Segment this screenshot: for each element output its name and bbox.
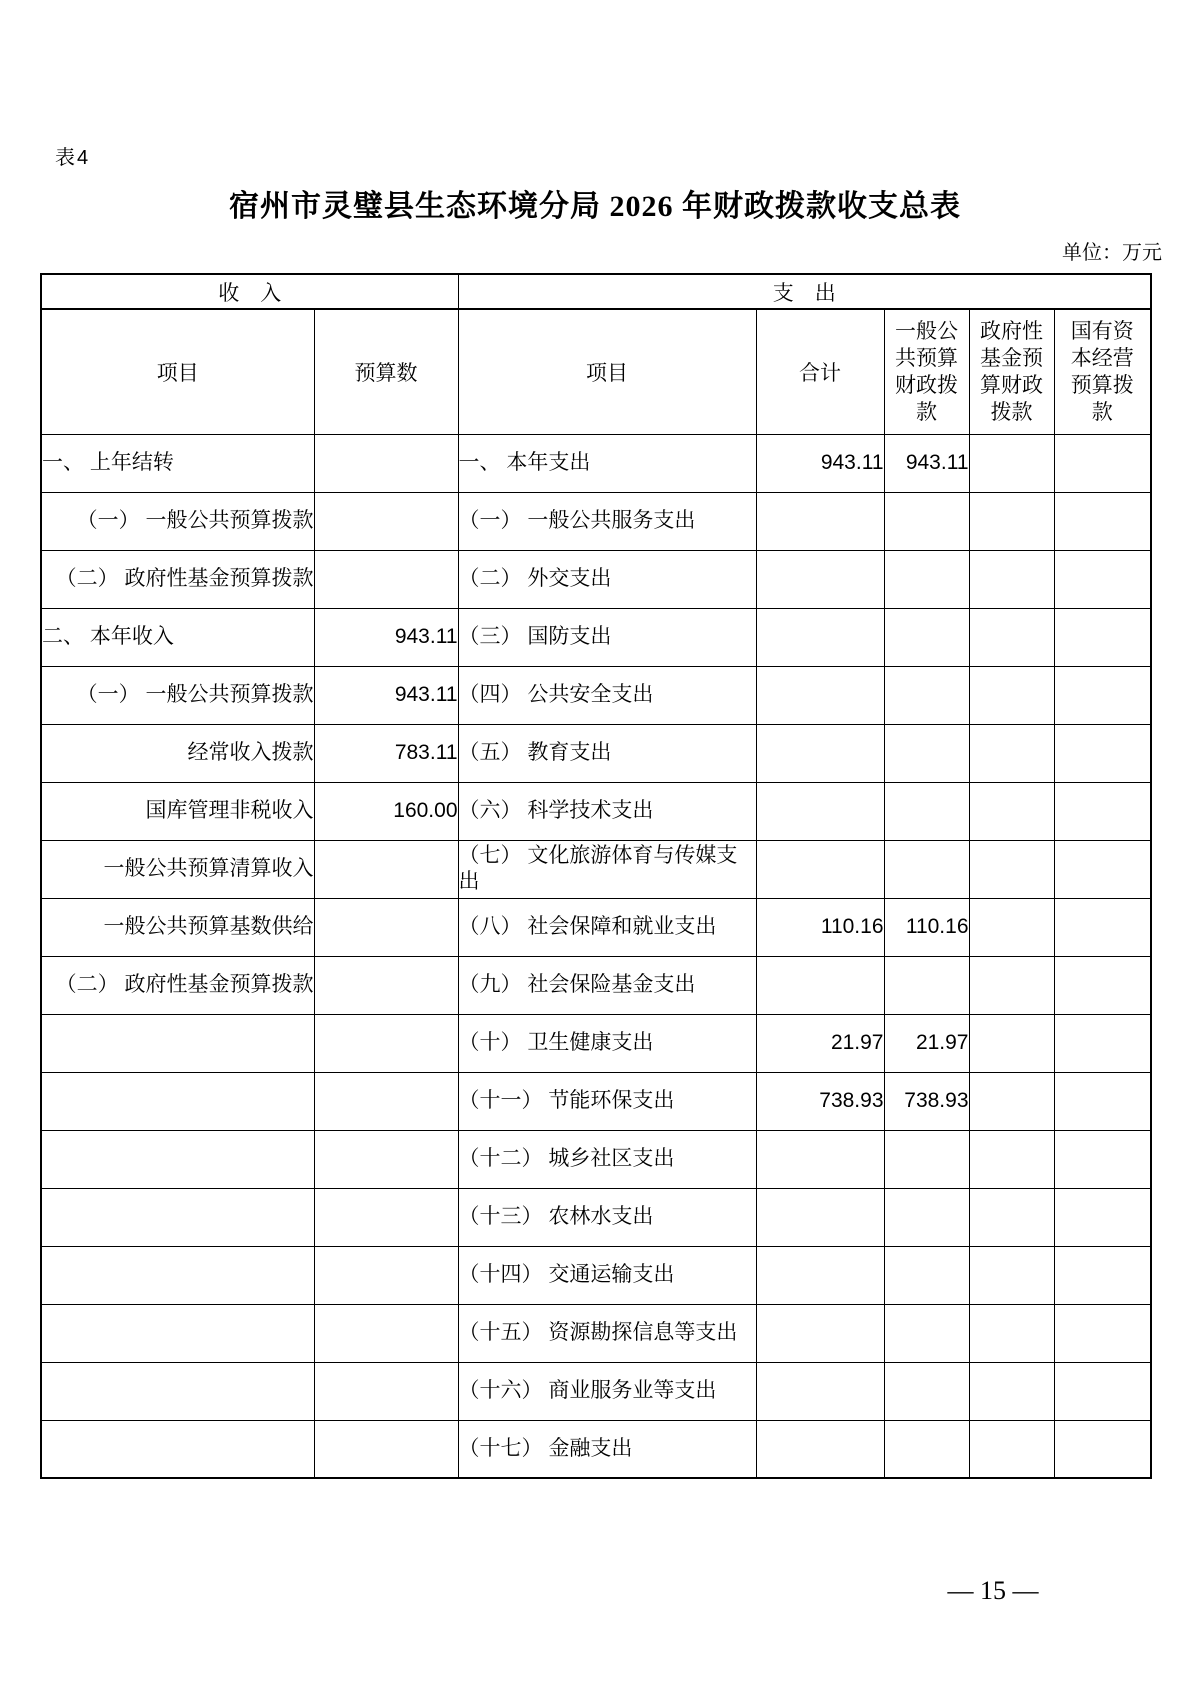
gov-fund-budget-cell <box>969 1304 1054 1362</box>
revenue-section-header: 收 入 <box>41 274 458 309</box>
table-number-label: 表4 <box>55 141 90 170</box>
section-header-row: 收 入 支 出 <box>41 274 1151 309</box>
revenue-item-cell <box>41 1246 314 1304</box>
revenue-item-cell: 一般公共预算基数供给 <box>41 898 314 956</box>
gov-fund-budget-cell <box>969 1130 1054 1188</box>
general-public-budget-cell <box>884 550 969 608</box>
revenue-item-cell: （二） 政府性基金预算拨款 <box>41 956 314 1014</box>
revenue-item-cell: （一） 一般公共预算拨款 <box>41 666 314 724</box>
revenue-budget-cell: 160.00 <box>314 782 458 840</box>
gov-fund-budget-cell <box>969 608 1054 666</box>
gov-fund-budget-cell <box>969 782 1054 840</box>
table-row: （一） 一般公共预算拨款（一） 一般公共服务支出 <box>41 492 1151 550</box>
state-capital-budget-cell <box>1054 1188 1151 1246</box>
revenue-item-cell: 国库管理非税收入 <box>41 782 314 840</box>
revenue-budget-cell <box>314 956 458 1014</box>
gov-fund-budget-cell <box>969 1188 1054 1246</box>
gov-fund-budget-cell <box>969 492 1054 550</box>
state-capital-budget-cell <box>1054 840 1151 898</box>
revenue-item-cell <box>41 1130 314 1188</box>
revenue-item-cell: 经常收入拨款 <box>41 724 314 782</box>
table-row: 一、 上年结转一、 本年支出943.11943.11 <box>41 434 1151 492</box>
revenue-item-cell: （二） 政府性基金预算拨款 <box>41 550 314 608</box>
gov-fund-budget-cell <box>969 956 1054 1014</box>
expenditure-total-cell <box>756 550 884 608</box>
gov-fund-budget-cell <box>969 666 1054 724</box>
expenditure-item-cell: （十七） 金融支出 <box>458 1420 756 1478</box>
state-capital-budget-cell <box>1054 550 1151 608</box>
expenditure-total-cell <box>756 1420 884 1478</box>
expenditure-item-cell: （九） 社会保险基金支出 <box>458 956 756 1014</box>
general-public-budget-cell <box>884 956 969 1014</box>
expenditure-total-cell <box>756 724 884 782</box>
gov-fund-budget-cell <box>969 724 1054 782</box>
expenditure-total-cell: 21.97 <box>756 1014 884 1072</box>
table-row: （十一） 节能环保支出738.93738.93 <box>41 1072 1151 1130</box>
state-capital-budget-cell <box>1054 1014 1151 1072</box>
state-capital-budget-cell <box>1054 1072 1151 1130</box>
expenditure-total-cell <box>756 666 884 724</box>
state-capital-budget-cell <box>1054 724 1151 782</box>
general-public-budget-cell <box>884 608 969 666</box>
state-capital-budget-cell <box>1054 608 1151 666</box>
revenue-budget-cell <box>314 1362 458 1420</box>
revenue-item-cell: 一、 上年结转 <box>41 434 314 492</box>
column-header-state-capital-budget: 国有资 本经营 预算拨 款 <box>1054 309 1151 434</box>
table-row: 一般公共预算清算收入（七） 文化旅游体育与传媒支出 <box>41 840 1151 898</box>
page-title-suffix: 年财政拨款收支总表 <box>682 190 961 223</box>
general-public-budget-cell <box>884 1188 969 1246</box>
page-number: — 15 — <box>928 1576 1058 1606</box>
gov-fund-budget-cell <box>969 1014 1054 1072</box>
gov-fund-budget-cell <box>969 1246 1054 1304</box>
table-row: （十五） 资源勘探信息等支出 <box>41 1304 1151 1362</box>
expenditure-total-cell <box>756 492 884 550</box>
expenditure-item-cell: 一、 本年支出 <box>458 434 756 492</box>
gov-fund-budget-cell <box>969 840 1054 898</box>
revenue-item-cell <box>41 1072 314 1130</box>
revenue-budget-cell <box>314 1246 458 1304</box>
table-row: （二） 政府性基金预算拨款（二） 外交支出 <box>41 550 1151 608</box>
general-public-budget-cell <box>884 840 969 898</box>
revenue-budget-cell <box>314 840 458 898</box>
document-page: 表4 宿州市灵璧县生态环境分局 2026 年财政拨款收支总表 单位：万元 收 入… <box>0 0 1190 1683</box>
general-public-budget-cell <box>884 782 969 840</box>
general-public-budget-cell <box>884 1246 969 1304</box>
expenditure-item-cell: （十六） 商业服务业等支出 <box>458 1362 756 1420</box>
state-capital-budget-cell <box>1054 956 1151 1014</box>
general-public-budget-cell: 943.11 <box>884 434 969 492</box>
expenditure-item-cell: （三） 国防支出 <box>458 608 756 666</box>
expenditure-item-cell: （一） 一般公共服务支出 <box>458 492 756 550</box>
table-row: （十四） 交通运输支出 <box>41 1246 1151 1304</box>
revenue-budget-cell <box>314 1304 458 1362</box>
expenditure-total-cell <box>756 1362 884 1420</box>
state-capital-budget-cell <box>1054 1130 1151 1188</box>
general-public-budget-cell <box>884 666 969 724</box>
page-title-prefix: 宿州市灵璧县生态环境分局 <box>229 190 601 223</box>
page-title-year: 2026 <box>601 190 682 223</box>
state-capital-budget-cell <box>1054 434 1151 492</box>
expenditure-item-cell: （五） 教育支出 <box>458 724 756 782</box>
column-header-expenditure-item: 项目 <box>458 309 756 434</box>
revenue-item-cell <box>41 1362 314 1420</box>
revenue-budget-cell <box>314 1014 458 1072</box>
table-row: （十三） 农林水支出 <box>41 1188 1151 1246</box>
general-public-budget-cell <box>884 724 969 782</box>
column-header-total: 合计 <box>756 309 884 434</box>
revenue-item-cell <box>41 1188 314 1246</box>
expenditure-total-cell <box>756 1304 884 1362</box>
state-capital-budget-cell <box>1054 1304 1151 1362</box>
revenue-budget-cell: 783.11 <box>314 724 458 782</box>
revenue-budget-cell <box>314 1420 458 1478</box>
expenditure-total-cell: 943.11 <box>756 434 884 492</box>
general-public-budget-cell: 21.97 <box>884 1014 969 1072</box>
expenditure-total-cell <box>756 608 884 666</box>
gov-fund-budget-cell <box>969 1072 1054 1130</box>
expenditure-total-cell <box>756 956 884 1014</box>
state-capital-budget-cell <box>1054 492 1151 550</box>
column-header-gov-fund-budget: 政府性 基金预 算财政 拨款 <box>969 309 1054 434</box>
general-public-budget-cell: 110.16 <box>884 898 969 956</box>
expenditure-total-cell <box>756 1130 884 1188</box>
revenue-budget-cell <box>314 434 458 492</box>
gov-fund-budget-cell <box>969 434 1054 492</box>
expenditure-total-cell: 110.16 <box>756 898 884 956</box>
table-row: 经常收入拨款783.11（五） 教育支出 <box>41 724 1151 782</box>
revenue-budget-cell <box>314 1130 458 1188</box>
revenue-item-cell <box>41 1420 314 1478</box>
expenditure-item-cell: （七） 文化旅游体育与传媒支出 <box>458 840 756 898</box>
expenditure-item-cell: （六） 科学技术支出 <box>458 782 756 840</box>
expenditure-total-cell <box>756 1188 884 1246</box>
expenditure-item-cell: （二） 外交支出 <box>458 550 756 608</box>
revenue-budget-cell <box>314 492 458 550</box>
expenditure-item-cell: （十二） 城乡社区支出 <box>458 1130 756 1188</box>
expenditure-item-cell: （十一） 节能环保支出 <box>458 1072 756 1130</box>
revenue-budget-cell: 943.11 <box>314 608 458 666</box>
expenditure-item-cell: （十五） 资源勘探信息等支出 <box>458 1304 756 1362</box>
unit-note: 单位：万元 <box>1062 236 1162 265</box>
general-public-budget-cell: 738.93 <box>884 1072 969 1130</box>
page-title: 宿州市灵璧县生态环境分局 2026 年财政拨款收支总表 <box>0 181 1190 225</box>
revenue-budget-cell <box>314 1188 458 1246</box>
table-row: 国库管理非税收入160.00（六） 科学技术支出 <box>41 782 1151 840</box>
general-public-budget-cell <box>884 1304 969 1362</box>
general-public-budget-cell <box>884 1130 969 1188</box>
table-row: （二） 政府性基金预算拨款（九） 社会保险基金支出 <box>41 956 1151 1014</box>
state-capital-budget-cell <box>1054 666 1151 724</box>
expenditure-item-cell: （十四） 交通运输支出 <box>458 1246 756 1304</box>
table-row: （十六） 商业服务业等支出 <box>41 1362 1151 1420</box>
revenue-item-cell <box>41 1304 314 1362</box>
table-row: （十二） 城乡社区支出 <box>41 1130 1151 1188</box>
table-row: （一） 一般公共预算拨款943.11（四） 公共安全支出 <box>41 666 1151 724</box>
expenditure-item-cell: （十三） 农林水支出 <box>458 1188 756 1246</box>
revenue-budget-cell <box>314 898 458 956</box>
expenditure-total-cell <box>756 840 884 898</box>
revenue-item-cell: （一） 一般公共预算拨款 <box>41 492 314 550</box>
general-public-budget-cell <box>884 492 969 550</box>
state-capital-budget-cell <box>1054 1246 1151 1304</box>
column-header-row: 项目 预算数 项目 合计 一般公 共预算 财政拨 款 政府性 基金预 算财政 拨… <box>41 309 1151 434</box>
table-row: （十） 卫生健康支出21.9721.97 <box>41 1014 1151 1072</box>
table-body: 一、 上年结转一、 本年支出943.11943.11（一） 一般公共预算拨款（一… <box>41 434 1151 1478</box>
table-row: （十七） 金融支出 <box>41 1420 1151 1478</box>
gov-fund-budget-cell <box>969 1420 1054 1478</box>
expenditure-total-cell: 738.93 <box>756 1072 884 1130</box>
column-header-general-public-budget: 一般公 共预算 财政拨 款 <box>884 309 969 434</box>
gov-fund-budget-cell <box>969 550 1054 608</box>
expenditure-total-cell <box>756 1246 884 1304</box>
budget-table: 收 入 支 出 项目 预算数 项目 合计 一般公 共预算 财政拨 款 政府性 基… <box>40 273 1152 1479</box>
revenue-item-cell: 二、 本年收入 <box>41 608 314 666</box>
general-public-budget-cell <box>884 1362 969 1420</box>
revenue-budget-cell <box>314 1072 458 1130</box>
state-capital-budget-cell <box>1054 782 1151 840</box>
gov-fund-budget-cell <box>969 898 1054 956</box>
revenue-item-cell <box>41 1014 314 1072</box>
state-capital-budget-cell <box>1054 898 1151 956</box>
expenditure-total-cell <box>756 782 884 840</box>
expenditure-section-header: 支 出 <box>458 274 1151 309</box>
column-header-revenue-item: 项目 <box>41 309 314 434</box>
state-capital-budget-cell <box>1054 1362 1151 1420</box>
expenditure-item-cell: （十） 卫生健康支出 <box>458 1014 756 1072</box>
revenue-item-cell: 一般公共预算清算收入 <box>41 840 314 898</box>
column-header-revenue-budget: 预算数 <box>314 309 458 434</box>
general-public-budget-cell <box>884 1420 969 1478</box>
table-row: 一般公共预算基数供给（八） 社会保障和就业支出110.16110.16 <box>41 898 1151 956</box>
revenue-budget-cell: 943.11 <box>314 666 458 724</box>
expenditure-item-cell: （八） 社会保障和就业支出 <box>458 898 756 956</box>
table-row: 二、 本年收入943.11（三） 国防支出 <box>41 608 1151 666</box>
expenditure-item-cell: （四） 公共安全支出 <box>458 666 756 724</box>
gov-fund-budget-cell <box>969 1362 1054 1420</box>
state-capital-budget-cell <box>1054 1420 1151 1478</box>
revenue-budget-cell <box>314 550 458 608</box>
